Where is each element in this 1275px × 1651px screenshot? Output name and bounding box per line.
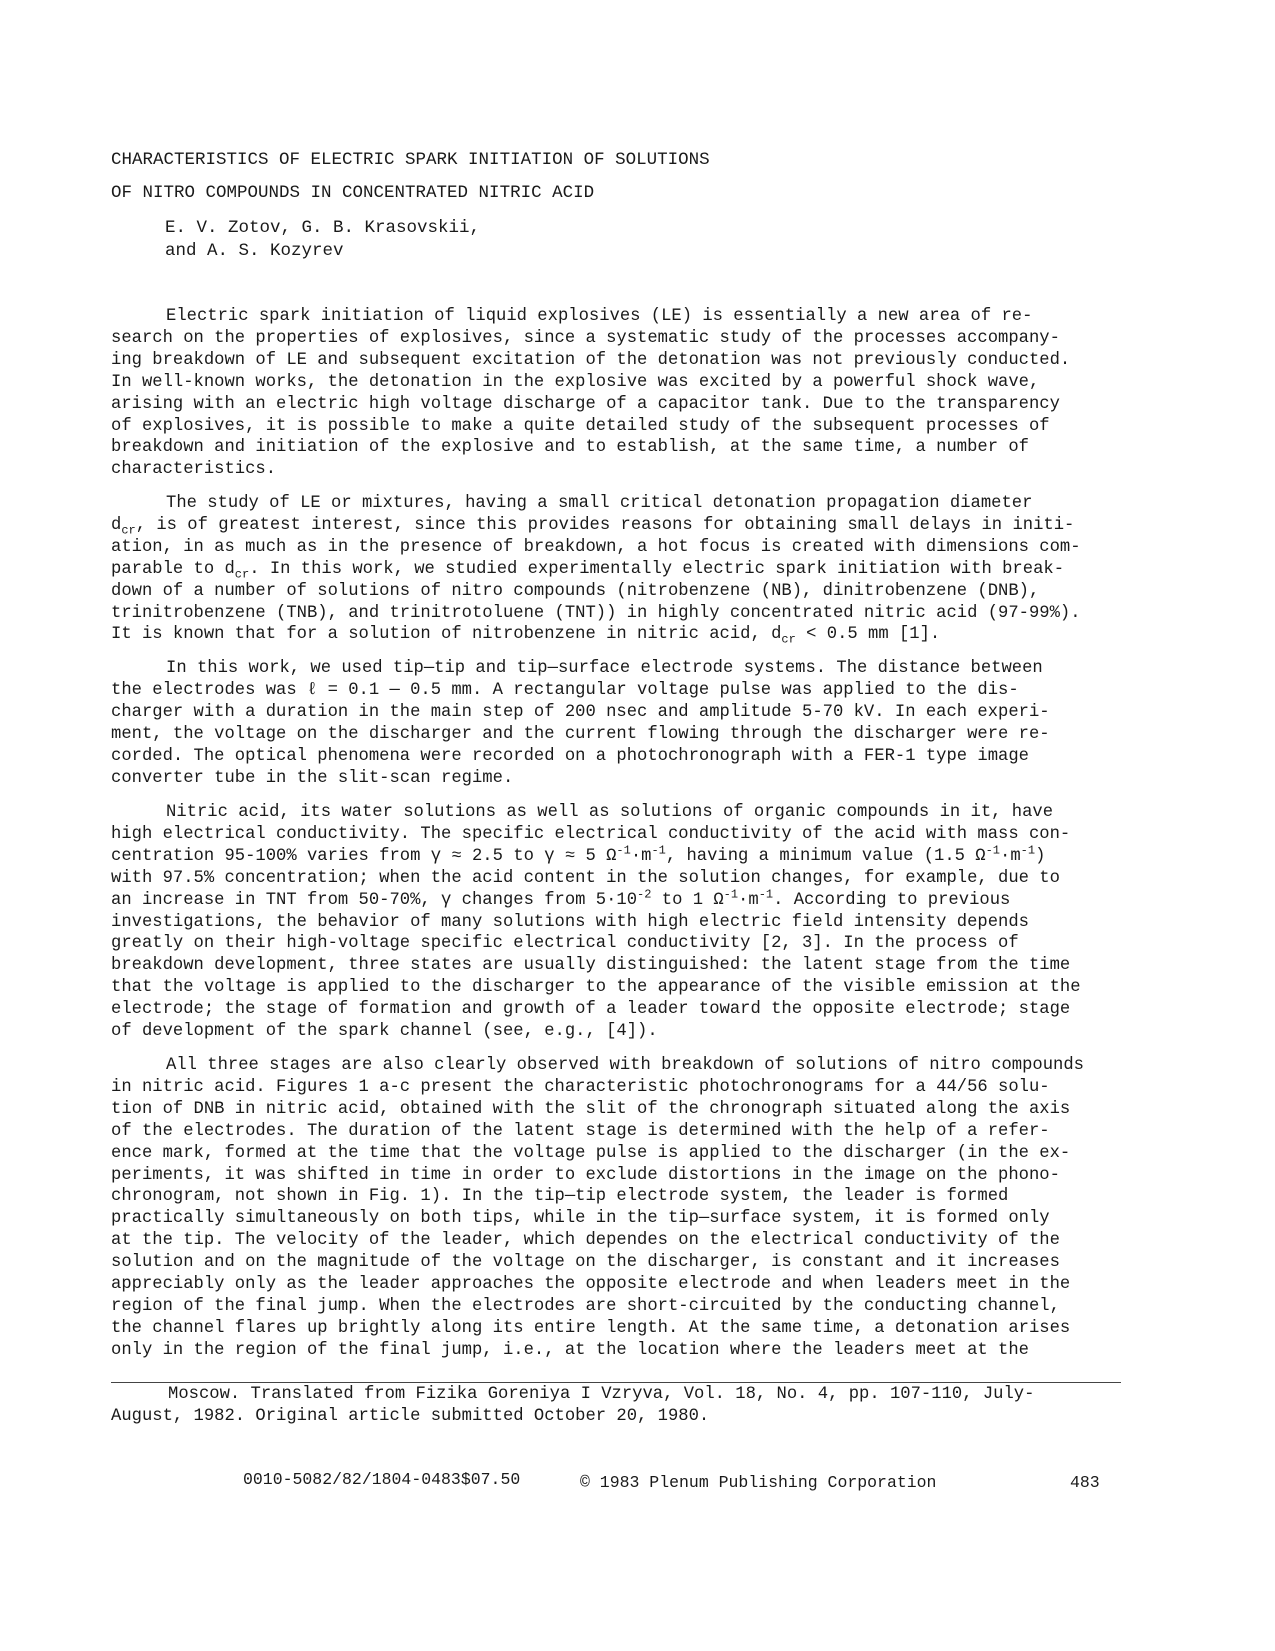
- text-line: ment, the voltage on the discharger and …: [111, 724, 1126, 746]
- text-line: converter tube in the slit-scan regime.: [111, 768, 1126, 790]
- text-line: of the electrodes. The duration of the l…: [111, 1121, 1126, 1143]
- text-line: investigations, the behavior of many sol…: [111, 912, 1126, 934]
- text-span: an increase in TNT from 50-70%, γ change…: [111, 891, 637, 910]
- document-page: CHARACTERISTICS OF ELECTRIC SPARK INITIA…: [0, 0, 1275, 1651]
- text-span: ·m: [738, 891, 759, 910]
- text-span: centration 95-100% varies from γ ≈ 2.5 t…: [111, 847, 616, 866]
- text-span: < 0.5 mm [1].: [796, 625, 940, 644]
- text-line: dcr, is of greatest interest, since this…: [111, 515, 1126, 537]
- footnote-divider: [111, 1382, 1121, 1383]
- paragraph-5: All three stages are also clearly observ…: [111, 1055, 1126, 1362]
- superscript: -2: [637, 887, 651, 901]
- text-line: with 97.5% concentration; when the acid …: [111, 868, 1126, 890]
- text-line: In this work, we used tip—tip and tip—su…: [111, 658, 1126, 680]
- copyright-notice: © 1983 Plenum Publishing Corporation: [580, 1473, 936, 1492]
- footnote: Moscow. Translated from Fizika Goreniya …: [111, 1384, 1121, 1428]
- footnote-line-2: August, 1982. Original article submitted…: [111, 1406, 1121, 1428]
- text-line: periments, it was shifted in time in ord…: [111, 1165, 1126, 1187]
- text-span: . In this work, we studied experimentall…: [249, 560, 1064, 579]
- text-line: charger with a duration in the main step…: [111, 702, 1126, 724]
- page-number: 483: [1070, 1473, 1100, 1492]
- text-span: ·m: [631, 847, 652, 866]
- superscript: -1: [616, 843, 630, 857]
- text-line: search on the properties of explosives, …: [111, 328, 1126, 350]
- article-title-line-2: OF NITRO COMPOUNDS IN CONCENTRATED NITRI…: [111, 183, 594, 203]
- text-line: characteristics.: [111, 459, 1126, 481]
- text-line: that the voltage is applied to the disch…: [111, 977, 1126, 999]
- text-line: ing breakdown of LE and subsequent excit…: [111, 350, 1126, 372]
- text-line: at the tip. The velocity of the leader, …: [111, 1230, 1126, 1252]
- subscript-cr: cr: [121, 523, 135, 537]
- text-line: centration 95-100% varies from γ ≈ 2.5 t…: [111, 846, 1126, 868]
- paragraph-3: In this work, we used tip—tip and tip—su…: [111, 658, 1126, 789]
- text-line: tion of DNB in nitric acid, obtained wit…: [111, 1099, 1126, 1121]
- text-line: ation, in as much as in the presence of …: [111, 537, 1126, 559]
- text-line: greatly on their high-voltage specific e…: [111, 933, 1126, 955]
- superscript: -1: [1021, 843, 1035, 857]
- text-line: breakdown and initiation of the explosiv…: [111, 437, 1126, 459]
- text-line: It is known that for a solution of nitro…: [111, 624, 1126, 646]
- text-line: trinitrobenzene (TNB), and trinitrotolue…: [111, 603, 1126, 625]
- authors-line-1: E. V. Zotov, G. B. Krasovskii,: [165, 217, 480, 240]
- text-line: Nitric acid, its water solutions as well…: [111, 802, 1126, 824]
- text-span: , is of greatest interest, since this pr…: [136, 516, 1075, 535]
- article-code: 0010-5082/82/1804-0483$07.50: [243, 1470, 520, 1489]
- text-line: the channel flares up brightly along its…: [111, 1318, 1126, 1340]
- text-line: the electrodes was ℓ = 0.1 — 0.5 mm. A r…: [111, 680, 1126, 702]
- superscript: -1: [651, 843, 665, 857]
- superscript: -1: [986, 843, 1000, 857]
- text-line: only in the region of the final jump, i.…: [111, 1340, 1126, 1362]
- text-line: All three stages are also clearly observ…: [111, 1055, 1126, 1077]
- text-span: parable to d: [111, 560, 235, 579]
- text-line: arising with an electric high voltage di…: [111, 394, 1126, 416]
- text-line: corded. The optical phenomena were recor…: [111, 746, 1126, 768]
- footnote-line-1: Moscow. Translated from Fizika Goreniya …: [111, 1384, 1121, 1406]
- paragraph-4: Nitric acid, its water solutions as well…: [111, 802, 1126, 1043]
- text-line: breakdown development, three states are …: [111, 955, 1126, 977]
- text-line: The study of LE or mixtures, having a sm…: [111, 493, 1126, 515]
- authors: E. V. Zotov, G. B. Krasovskii, and A. S.…: [165, 217, 480, 263]
- text-span: . According to previous: [773, 891, 1010, 910]
- text-line: practically simultaneously on both tips,…: [111, 1208, 1126, 1230]
- article-title-line-1: CHARACTERISTICS OF ELECTRIC SPARK INITIA…: [111, 150, 710, 170]
- text-line: parable to dcr. In this work, we studied…: [111, 559, 1126, 581]
- text-span: ·m: [1000, 847, 1021, 866]
- text-line: down of a number of solutions of nitro c…: [111, 581, 1126, 603]
- text-span: , having a minimum value (1.5 Ω: [666, 847, 986, 866]
- subscript-cr: cr: [235, 567, 249, 581]
- text-line: of explosives, it is possible to make a …: [111, 416, 1126, 438]
- paragraph-1: Electric spark initiation of liquid expl…: [111, 306, 1126, 481]
- authors-line-2: and A. S. Kozyrev: [165, 240, 480, 263]
- text-line: In well-known works, the detonation in t…: [111, 372, 1126, 394]
- text-line: solution and on the magnitude of the vol…: [111, 1252, 1126, 1274]
- text-line: in nitric acid. Figures 1 a-c present th…: [111, 1077, 1126, 1099]
- text-line: an increase in TNT from 50-70%, γ change…: [111, 890, 1126, 912]
- subscript-cr: cr: [781, 633, 795, 647]
- superscript: -1: [724, 887, 738, 901]
- text-line: electrode; the stage of formation and gr…: [111, 999, 1126, 1021]
- text-line: of development of the spark channel (see…: [111, 1021, 1126, 1043]
- text-span: It is known that for a solution of nitro…: [111, 625, 781, 644]
- paragraph-2: The study of LE or mixtures, having a sm…: [111, 493, 1126, 646]
- text-line: ence mark, formed at the time that the v…: [111, 1143, 1126, 1165]
- text-line: chronogram, not shown in Fig. 1). In the…: [111, 1186, 1126, 1208]
- text-line: appreciably only as the leader approache…: [111, 1274, 1126, 1296]
- symbol-d: d: [111, 516, 121, 535]
- superscript: -1: [759, 887, 773, 901]
- text-span: to 1 Ω: [651, 891, 723, 910]
- text-line: region of the final jump. When the elect…: [111, 1296, 1126, 1318]
- text-span: ): [1035, 847, 1045, 866]
- text-line: Electric spark initiation of liquid expl…: [111, 306, 1126, 328]
